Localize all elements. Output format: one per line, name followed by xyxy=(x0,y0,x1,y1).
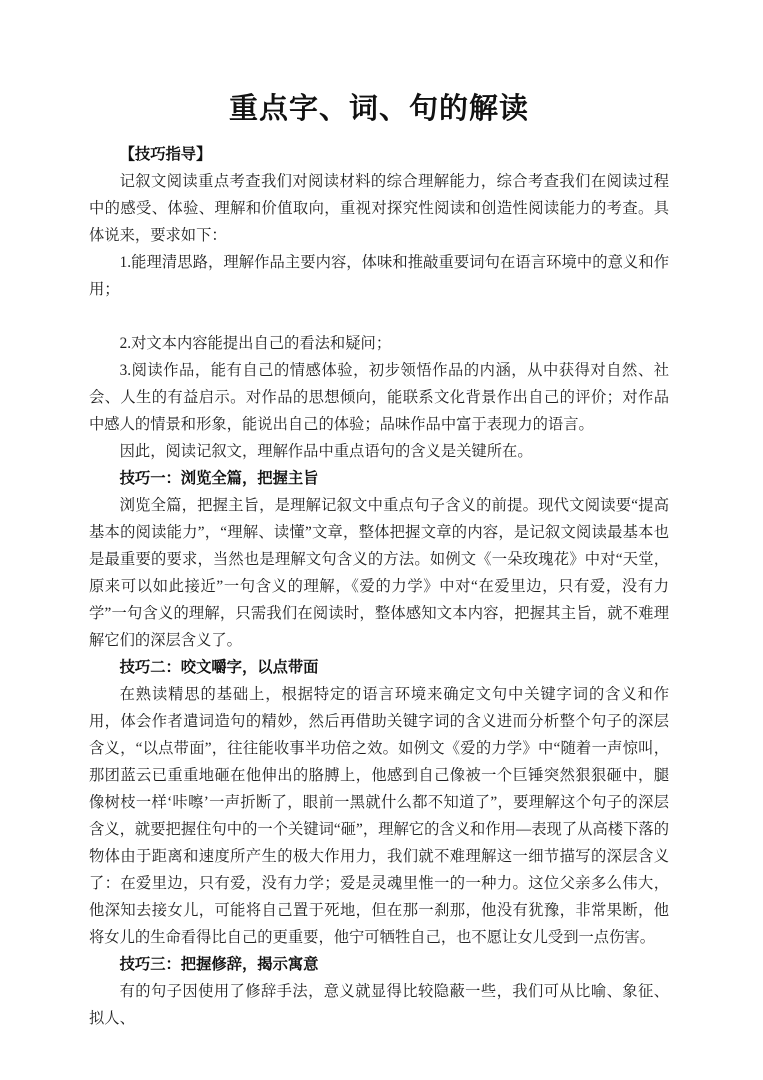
technique-3-heading: 技巧三：把握修辞，揭示寓意 xyxy=(89,951,669,978)
conclusion-paragraph: 因此，阅读记叙文，理解作品中重点语句的含义是关键所在。 xyxy=(89,438,669,465)
page-title: 重点字、词、句的解读 xyxy=(89,88,669,130)
document-content: 重点字、词、句的解读 【技巧指导】 记叙文阅读重点考查我们对阅读材料的综合理解能… xyxy=(89,0,669,1032)
requirement-item-2: 2.对文本内容能提出自己的看法和疑问； xyxy=(89,330,669,357)
technique-1-heading: 技巧一：浏览全篇，把握主旨 xyxy=(89,465,669,492)
requirement-item-1: 1.能理清思路，理解作品主要内容，体味和推敲重要词句在语言环境中的意义和作用； xyxy=(89,249,669,303)
document-page: 重点字、词、句的解读 【技巧指导】 记叙文阅读重点考查我们对阅读材料的综合理解能… xyxy=(0,0,763,1080)
intro-paragraph: 记叙文阅读重点考查我们对阅读材料的综合理解能力，综合考查我们在阅读过程中的感受、… xyxy=(89,168,669,249)
technique-1-paragraph: 浏览全篇，把握主旨，是理解记叙文中重点句子含义的前提。现代文阅读要“提高基本的阅… xyxy=(89,492,669,654)
technique-2-paragraph: 在熟读精思的基础上，根据特定的语言环境来确定文句中关键字词的含义和作用，体会作者… xyxy=(89,681,669,951)
requirement-item-3: 3.阅读作品，能有自己的情感体验，初步领悟作品的内涵，从中获得对自然、社会、人生… xyxy=(89,357,669,438)
technique-3-paragraph: 有的句子因使用了修辞手法，意义就显得比较隐蔽一些，我们可从比喻、象征、拟人、 xyxy=(89,978,669,1032)
section-label: 【技巧指导】 xyxy=(89,141,669,168)
technique-2-heading: 技巧二：咬文嚼字，以点带面 xyxy=(89,654,669,681)
